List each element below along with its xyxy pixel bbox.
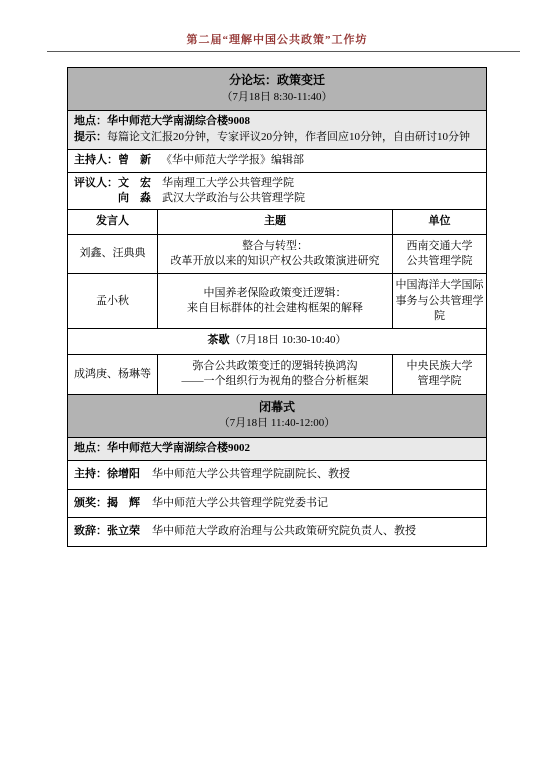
forum-host-label: 主持人： [74, 154, 118, 166]
topic-line-2: 改革开放以来的知识产权公共政策演进研究 [160, 254, 390, 269]
speaker-name: 孟小秋 [70, 294, 155, 309]
running-head-title: 第二届“理解中国公共政策”工作坊 [0, 31, 554, 47]
topic-line-2: ——一个组织行为视角的整合分析框架 [160, 374, 390, 389]
closing-item-label: 颁奖： [74, 497, 107, 509]
unit-line-2: 管理学院 [395, 374, 484, 389]
header-divider [47, 51, 520, 52]
closing-item-label: 致辞： [74, 525, 107, 537]
closing-location-label: 地点： [74, 442, 107, 454]
presentation-row: 刘鑫、汪典典 整合与转型： 改革开放以来的知识产权公共政策演进研究 西南交通大学… [68, 235, 486, 275]
closing-item-awards: 颁奖：揭 辉华中师范大学公共管理学院党委书记 [68, 490, 486, 518]
closing-time: （7月18日 11:40-12:00） [70, 416, 484, 431]
discussant-affiliation: 武汉大学政治与公共管理学院 [162, 192, 305, 204]
speaker-name: 刘鑫、汪典典 [70, 246, 155, 261]
discussant-line: 文 宏华南理工大学公共管理学院 [118, 176, 305, 191]
discussant-name: 文 宏 [118, 176, 152, 191]
unit-line-2: 公共管理学院 [395, 254, 484, 269]
forum-location-line: 地点：华中师范大学南湖综合楼9008 [74, 114, 480, 130]
column-header-unit: 单位 [393, 210, 486, 233]
topic-line-1: 中国养老保险政策变迁逻辑： [160, 286, 390, 301]
closing-item-affiliation: 华中师范大学政府治理与公共政策研究院负责人、教授 [152, 525, 416, 537]
forum-discussant-label: 评议人： [74, 176, 118, 206]
unit-line-1: 中央民族大学 [395, 359, 484, 374]
forum-discussant-row: 评议人： 文 宏华南理工大学公共管理学院 向 淼武汉大学政治与公共管理学院 [68, 173, 486, 210]
closing-location-value: 华中师范大学南湖综合楼9002 [107, 442, 250, 454]
forum-host-affiliation: 《华中师范大学学报》编辑部 [161, 154, 304, 166]
presentation-row: 成鸿庚、杨琳等 弥合公共政策变迁的逻辑转换鸿沟 ——一个组织行为视角的整合分析框… [68, 355, 486, 395]
closing-title: 闭幕式 [70, 399, 484, 416]
forum-section-header: 分论坛：政策变迁 （7月18日 8:30-11:40） [68, 68, 486, 111]
forum-host-name: 曾 新 [118, 154, 151, 166]
tea-break-label: 茶歇 [207, 334, 229, 346]
table-column-header-row: 发言人 主题 单位 [68, 210, 486, 234]
tea-break-time: （7月18日 10:30-10:40） [229, 334, 346, 346]
discussant-name: 向 淼 [118, 191, 152, 206]
forum-title: 分论坛：政策变迁 [70, 72, 484, 89]
closing-item-name: 徐增阳 [107, 468, 140, 480]
document-page: 第二届“理解中国公共政策”工作坊 分论坛：政策变迁 （7月18日 8:30-11… [0, 0, 554, 784]
forum-discussant-list: 文 宏华南理工大学公共管理学院 向 淼武汉大学政治与公共管理学院 [118, 176, 305, 206]
unit-line-1: 西南交通大学 [395, 239, 484, 254]
presentation-unit: 中国海洋大学国际 事务与公共管理学院 [393, 274, 486, 328]
presentation-row: 孟小秋 中国养老保险政策变迁逻辑： 来自目标群体的社会建构框架的解释 中国海洋大… [68, 274, 486, 329]
presentation-speaker: 成鸿庚、杨琳等 [68, 355, 158, 394]
unit-line-1: 中国海洋大学国际 [395, 278, 484, 293]
discussant-line: 向 淼武汉大学政治与公共管理学院 [118, 191, 305, 206]
presentation-topic: 弥合公共政策变迁的逻辑转换鸿沟 ——一个组织行为视角的整合分析框架 [158, 355, 393, 394]
column-header-speaker: 发言人 [68, 210, 158, 233]
unit-line-2: 事务与公共管理学院 [395, 294, 484, 325]
forum-tip-value: 每篇论文汇报20分钟，专家评议20分钟，作者回应10分钟，自由研讨10分钟 [107, 131, 470, 143]
speaker-name: 成鸿庚、杨琳等 [70, 367, 155, 382]
closing-item-name: 张立荣 [107, 525, 140, 537]
schedule-table: 分论坛：政策变迁 （7月18日 8:30-11:40） 地点：华中师范大学南湖综… [67, 67, 487, 547]
closing-location-row: 地点：华中师范大学南湖综合楼9002 [68, 438, 486, 462]
forum-location-row: 地点：华中师范大学南湖综合楼9008 提示：每篇论文汇报20分钟，专家评议20分… [68, 111, 486, 150]
presentation-unit: 西南交通大学 公共管理学院 [393, 235, 486, 274]
tea-break-row: 茶歇（7月18日 10:30-10:40） [68, 329, 486, 354]
forum-location-value: 华中师范大学南湖综合楼9008 [107, 115, 250, 127]
presentation-topic: 整合与转型： 改革开放以来的知识产权公共政策演进研究 [158, 235, 393, 274]
closing-section-header: 闭幕式 （7月18日 11:40-12:00） [68, 395, 486, 438]
closing-item-affiliation: 华中师范大学公共管理学院副院长、教授 [152, 468, 350, 480]
closing-item-name: 揭 辉 [107, 497, 140, 509]
forum-location-label: 地点： [74, 115, 107, 127]
discussant-affiliation: 华南理工大学公共管理学院 [162, 177, 294, 189]
closing-location-line: 地点：华中师范大学南湖综合楼9002 [74, 441, 480, 457]
closing-item-label: 主持： [74, 468, 107, 480]
forum-host-row: 主持人：曾 新《华中师范大学学报》编辑部 [68, 150, 486, 172]
presentation-topic: 中国养老保险政策变迁逻辑： 来自目标群体的社会建构框架的解释 [158, 274, 393, 328]
topic-line-2: 来自目标群体的社会建构框架的解释 [160, 301, 390, 316]
topic-line-1: 弥合公共政策变迁的逻辑转换鸿沟 [160, 359, 390, 374]
forum-tip-line: 提示：每篇论文汇报20分钟，专家评议20分钟，作者回应10分钟，自由研讨10分钟 [74, 130, 480, 146]
closing-item-host: 主持：徐增阳华中师范大学公共管理学院副院长、教授 [68, 461, 486, 489]
topic-line-1: 整合与转型： [160, 239, 390, 254]
presentation-speaker: 刘鑫、汪典典 [68, 235, 158, 274]
presentation-unit: 中央民族大学 管理学院 [393, 355, 486, 394]
forum-tip-label: 提示： [74, 131, 107, 143]
closing-item-affiliation: 华中师范大学公共管理学院党委书记 [152, 497, 328, 509]
presentation-speaker: 孟小秋 [68, 274, 158, 328]
closing-item-speech: 致辞：张立荣华中师范大学政府治理与公共政策研究院负责人、教授 [68, 518, 486, 545]
forum-time: （7月18日 8:30-11:40） [70, 90, 484, 105]
column-header-topic: 主题 [158, 210, 393, 233]
